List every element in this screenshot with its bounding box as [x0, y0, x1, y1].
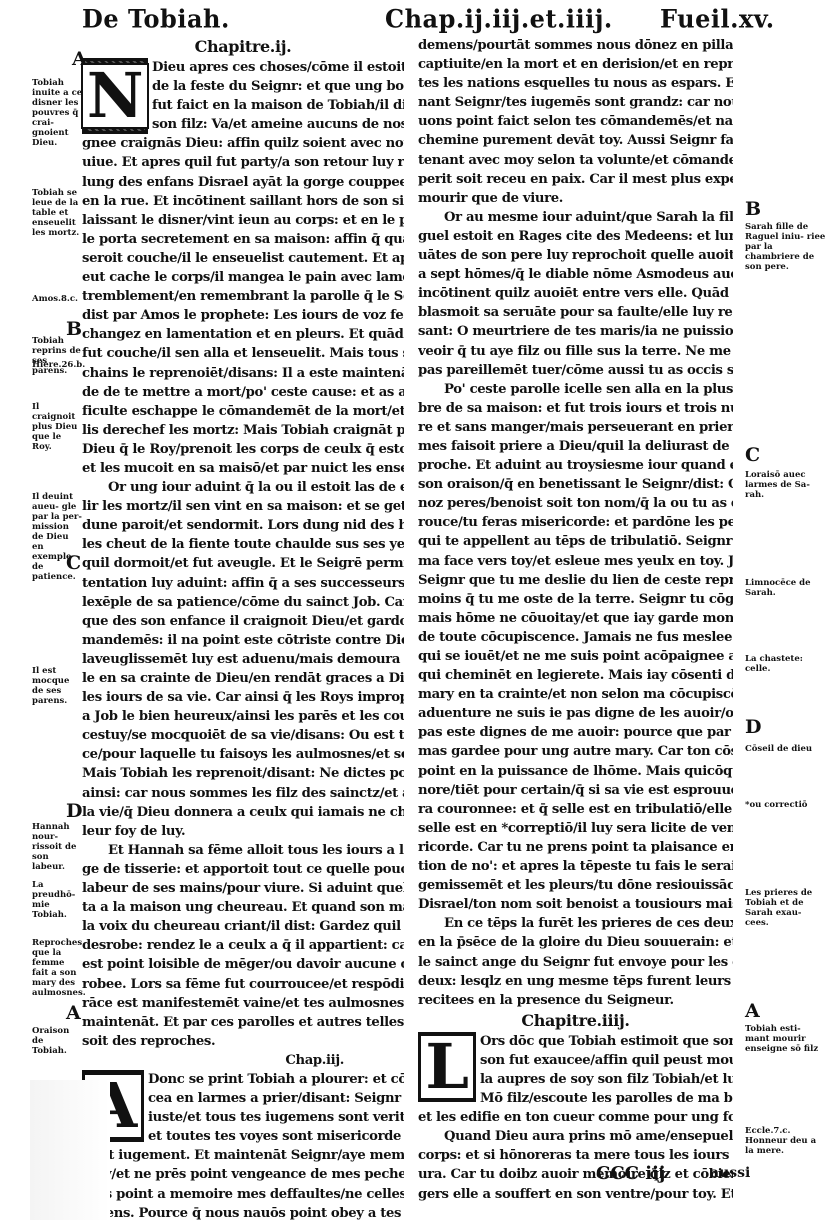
text-line: En ce tēps la furēt les prieres de ces d…: [418, 914, 733, 933]
margin-note: Il est mocque de ses parens.: [32, 666, 82, 706]
text-line: Ors dōc que Tobiah estimoit que son orai…: [480, 1032, 733, 1051]
text-line: captiuite/en la mort et en derision/et e…: [418, 55, 733, 74]
margin-letter-d: D: [745, 716, 761, 738]
text-line: nore/tiēt pour certain/q̄ si sa vie est …: [418, 781, 733, 800]
text-line: blasmoit sa seruāte pour sa faulte/elle …: [418, 303, 733, 322]
text-line: et les edifie en ton cueur comme pour un…: [418, 1108, 733, 1127]
margin-note: La preudhō- mie Tobiah.: [32, 880, 82, 920]
text-line: Et Hannah sa fēme alloit tous les iours …: [82, 841, 404, 860]
text-line: Mō filz/escoute les parolles de ma bouch…: [480, 1089, 733, 1108]
chapter-heading-ii: Chapitre.ij.: [82, 36, 404, 58]
text-line: uātes de son pere luy reprochoit quelle …: [418, 246, 733, 265]
text-line: dune paroit/et sendormit. Lors dung nid …: [82, 516, 404, 535]
text-line: moins q̄ tu me oste de la terre. Seignr …: [418, 590, 733, 609]
margin-note: Limnocēce de Sarah.: [745, 578, 827, 598]
margin-letter-c: C: [66, 552, 81, 574]
text-line: les cheut de la fiente toute chaulde sus…: [82, 535, 404, 554]
decorated-initial-l: L: [418, 1032, 476, 1102]
text-line: les iours de sa vie. Car ainsi q̄ les Ro…: [82, 688, 404, 707]
text-line: Quand Dieu aura prins mō ame/ensepuelis …: [418, 1127, 733, 1146]
margin-note: Il craignoit plus Dieu que le Roy.: [32, 402, 80, 452]
text-line: ainsi: car nous sommes les filz des sain…: [82, 784, 404, 803]
text-line: re et sans manger/mais perseuerant en pr…: [418, 418, 733, 437]
signature-mark: CCC iij: [596, 1163, 665, 1184]
text-line: en la rue. Et incōtinent saillant hors d…: [82, 192, 404, 211]
margin-letter-a: A: [745, 1000, 760, 1022]
text-line: lexēple de sa patience/cōme du sainct Jo…: [82, 593, 404, 612]
text-line: sant: O meurtriere de tes maris/ia ne pu…: [418, 322, 733, 341]
text-line: aduenture ne suis ie pas digne de les au…: [418, 704, 733, 723]
text-line: changez en lamentation et en pleurs. Et …: [82, 325, 404, 344]
text-line: ge de tisserie: et apportoit tout ce que…: [82, 860, 404, 879]
text-line: Po' ceste parolle icelle sen alla en la …: [418, 380, 733, 399]
text-line: gers elle a souffert en son ventre/pour …: [418, 1185, 733, 1204]
text-line: fut faict en la maison de Tobiah/il dist…: [152, 96, 404, 115]
decorated-initial-n: N: [82, 58, 148, 134]
text-line: mandemēs: il na point este cōtriste cont…: [82, 631, 404, 650]
text-line: Disrael/ton nom soit benoist a tousiours…: [418, 895, 733, 914]
margin-note: Oraison de Tobiah.: [32, 1026, 80, 1056]
text-line: son filz: Va/et ameine aucuns de nostre …: [152, 115, 404, 134]
text-line: Dieu q̄ le Roy/prenoit les corps de ceul…: [82, 440, 404, 459]
text-line: labeur de ses mains/pour viure. Si aduin…: [82, 879, 404, 898]
text-line: recitees en la presence du Seigneur.: [418, 991, 733, 1010]
text-line: leur foy de luy.: [82, 822, 404, 841]
text-line: rāce est manifestemēt vaine/et tes aulmo…: [82, 994, 404, 1013]
text-line: le sainct ange du Seignr fut envoye pour…: [418, 953, 733, 972]
margin-letter-b: B: [745, 198, 761, 220]
margin-note: Tobiah se leue de la table et enseuelit …: [32, 188, 84, 238]
margin-note: Eccle.7.c. Honneur deu a la mere.: [745, 1126, 827, 1156]
margin-note: Les prieres de Tobiah et de Sarah exau- …: [745, 888, 827, 928]
text-line: rouce/tu feras misericorde: et pardōne l…: [418, 513, 733, 532]
text-line: tes les nations esquelles tu nous as esp…: [418, 74, 733, 93]
text-line: et toutes tes voyes sont misericorde et …: [148, 1127, 404, 1146]
text-line: la voix du cheureau criant/il dist: Gard…: [82, 917, 404, 936]
chapter-heading-iiii: Chapitre.iiij.: [418, 1010, 733, 1032]
text-line: dist par Amos le prophete: Les iours de …: [82, 306, 404, 325]
margin-note: Cōseil de dieu: [745, 744, 827, 754]
margin-note: Amos.8.c.: [32, 294, 92, 304]
text-line: lir les mortz/il sen vint en sa maison: …: [82, 497, 404, 516]
folio-number: Fueil.xv.: [660, 3, 775, 33]
book-page: De Tobiah. Chap.ij.iij.et.iiij. Fueil.xv…: [0, 0, 833, 1225]
running-head-center: Chap.ij.iij.et.iiij.: [385, 3, 613, 33]
text-line: la vie/q̄ Dieu donnera a ceulx qui iamai…: [82, 803, 404, 822]
text-line: Mais Tobiah les reprenoit/disant: Ne dic…: [82, 764, 404, 783]
text-line: laveuglissemēt luy est aduenu/mais demou…: [82, 650, 404, 669]
text-line: la aupres de soy son filz Tobiah/et luy …: [480, 1070, 733, 1089]
page-edge: [30, 1080, 110, 1220]
text-line: nant Seignr/tes iugemēs sont grandz: car…: [418, 93, 733, 112]
text-line: perit soit receu en paix. Car il mest pl…: [418, 170, 733, 189]
text-line: lis derechef les mortz: Mais Tobiah crai…: [82, 421, 404, 440]
text-line: ra couronnee: et q̄ selle est en tribula…: [418, 800, 733, 819]
text-line: uons point faict selon tes cōmandemēs/et…: [418, 112, 733, 131]
margin-note: Sarah fille de Raguel iniu- riee par la …: [745, 222, 827, 272]
text-line: le porta secretement en sa maison: affin…: [82, 230, 404, 249]
text-line: demens/pourtāt sommes nous dōnez en pill…: [418, 36, 733, 55]
text-line: mary en ta crainte/et non selon ma cōcup…: [418, 685, 733, 704]
text-line: eut cache le corps/il mangea le pain ave…: [82, 268, 404, 287]
text-line: veoir q̄ tu aye filz ou fille sus la ter…: [418, 342, 733, 361]
text-line: fut couche/il sen alla et lenseuelit. Ma…: [82, 344, 404, 363]
text-line: moy/et ne prēs point vengeance de mes pe…: [82, 1165, 404, 1184]
text-line: de la feste du Seignr: et que ung bon di…: [152, 77, 404, 96]
text-line: robee. Lors sa fēme fut courroucee/et re…: [82, 975, 404, 994]
text-line: et les mucoit en sa maisō/et par nuict l…: [82, 459, 404, 478]
text-line: desrobe: rendez le a ceulx a q̄ il appar…: [82, 936, 404, 955]
margin-note: Tobiah reprins de ses parens.: [32, 336, 82, 376]
margin-letter-a: A: [66, 1002, 81, 1024]
text-line: tremblement/en remembrant la parolle q̄ …: [82, 287, 404, 306]
text-line: corps: et si hōnoreras ta mere tous les …: [418, 1146, 733, 1165]
margin-note: Loraisō auec larmes de Sa- rah.: [745, 470, 827, 500]
text-line: ficulte eschappe le cōmandemēt de la mor…: [82, 402, 404, 421]
text-line: bre de sa maison: et fut trois iours et …: [418, 399, 733, 418]
text-line: Or ung iour aduint q̄ la ou il estoit la…: [82, 478, 404, 497]
text-line: ma face vers toy/et esleue mes yeulx en …: [418, 552, 733, 571]
catchword: aussi: [710, 1165, 750, 1181]
text-line: mourir que de viure.: [418, 189, 733, 208]
text-line: cestuy/se mocquoiēt de sa vie/disans: Ou…: [82, 726, 404, 745]
text-line: selle est en *correptiō/il luy sera lici…: [418, 819, 733, 838]
text-line: a sept hōmes/q̄ le diable nōme Asmodeus …: [418, 265, 733, 284]
text-line: Dieu apres ces choses/cōme il estoit le …: [152, 58, 404, 77]
text-line: de toute cōcupiscence. Jamais ne fus mes…: [418, 628, 733, 647]
left-column-text: Dieu apres ces choses/cōme il estoit le …: [82, 58, 404, 1223]
text-line: ce/pour laquelle tu faisoys les aulmosne…: [82, 745, 404, 764]
margin-letter-d: D: [66, 800, 82, 822]
text-line: gnee craignās Dieu: affin quilz soient a…: [82, 134, 404, 153]
text-line: ricorde. Car tu ne prens point ta plaisa…: [418, 838, 733, 857]
text-line: son fut exaucee/affin quil peust mourir/…: [480, 1051, 733, 1070]
text-line: qui te appellent au tēps de tribulatiō. …: [418, 532, 733, 551]
margin-note: La chastete: celle.: [745, 654, 827, 674]
margin-note: Hannah nour- rissoit de son labeur.: [32, 822, 82, 872]
text-line: tion de no': et apres la tēpeste tu fais…: [418, 857, 733, 876]
text-line: cea en larmes a prier/disant: Seignr tu …: [148, 1089, 404, 1108]
margin-note: Tobiah inuite a ce disner les pouvres q̄…: [32, 78, 84, 148]
chapter-heading-iii: Chap.iij.: [82, 1051, 404, 1070]
text-line: le en sa crainte de Dieu/en rendāt grace…: [82, 669, 404, 688]
text-line: noz peres/benoist soit ton nom/q̄ la ou …: [418, 494, 733, 513]
text-line: a Job le bien heureux/ainsi les parēs et…: [82, 707, 404, 726]
text-line: pas este dignes de me auoir: pource que …: [418, 723, 733, 742]
text-line: qui se iouēt/et ne me suis point acōpaig…: [418, 647, 733, 666]
margin-note: Tobiah esti- mant mourir enseigne sō fil…: [745, 1024, 827, 1054]
margin-letter-c: C: [745, 444, 760, 466]
text-line: tentation luy aduint: affin q̄ a ses suc…: [82, 574, 404, 593]
text-line: est point loisible de mēger/ou davoir au…: [82, 955, 404, 974]
text-line: qui cheminēt en legierete. Mais iay cōse…: [418, 666, 733, 685]
text-line: chains le reprenoiēt/disans: Il a este m…: [82, 364, 404, 383]
margin-letter-a: A: [72, 48, 87, 70]
margin-note: Reproches que la femme fait a son mary d…: [32, 938, 82, 998]
margin-note: Hiere.26.b.: [32, 360, 92, 370]
text-line: iuste/et tous tes iugemens sont veritabl…: [148, 1108, 404, 1127]
text-line: parens. Pource q̄ nous nauōs point obey …: [82, 1204, 404, 1223]
text-line: mes faisoit priere a Dieu/quil la deliur…: [418, 437, 733, 456]
text-line: en la p̄sēce de la gloire du Dieu souuer…: [418, 933, 733, 952]
right-column: demens/pourtāt sommes nous dōnez en pill…: [418, 36, 733, 1204]
text-line: lung des enfans Disrael ayāt la gorge co…: [82, 173, 404, 192]
running-head-left: De Tobiah.: [82, 3, 230, 33]
text-line: Or au mesme iour aduint/que Sarah la fil…: [418, 208, 733, 227]
left-column: Chapitre.ij. N Dieu apres ces choses/cōm…: [82, 36, 404, 1223]
text-line: laissant le disner/vint ieun au corps: e…: [82, 211, 404, 230]
text-line: Donc se print Tobiah a plourer: et cōmen…: [148, 1070, 404, 1089]
text-line: duis point a memoire mes deffaultes/ne c…: [82, 1185, 404, 1204]
text-line: son oraison/q̄ en benetissant le Seignr/…: [418, 475, 733, 494]
text-line: gemissemēt et les pleurs/tu dōne resioui…: [418, 876, 733, 895]
margin-note: *ou correctiō: [745, 800, 827, 810]
text-line: maintenāt. Et par ces parolles et autres…: [82, 1013, 404, 1032]
text-line: uiue. Et apres quil fut party/a son reto…: [82, 153, 404, 172]
text-line: guel estoit en Rages cite des Medeens: e…: [418, 227, 733, 246]
text-line: quil dormoit/et fut aveugle. Et le Seigr…: [82, 554, 404, 573]
text-line: tenant avec moy selon ta volunte/et cōma…: [418, 151, 733, 170]
right-column-text: demens/pourtāt sommes nous dōnez en pill…: [418, 36, 733, 1204]
text-line: ta a la maison ung cheureau. Et quand so…: [82, 898, 404, 917]
text-line: te/et iugement. Et maintenāt Seignr/aye …: [82, 1146, 404, 1165]
text-line: soit des reproches.: [82, 1032, 404, 1051]
text-line: Seignr que tu me deslie du lien de ceste…: [418, 571, 733, 590]
text-line: de de te mettre a mort/po' ceste cause: …: [82, 383, 404, 402]
text-line: chemine purement devāt toy. Aussi Seignr…: [418, 131, 733, 150]
text-line: mais hōme ne cōuoitay/et que iay garde m…: [418, 609, 733, 628]
text-line: seroit couche/il le enseuelist cautement…: [82, 249, 404, 268]
text-line: mas gardee pour ung autre mary. Car ton …: [418, 742, 733, 761]
text-line: pas pareillemēt tuer/cōme aussi tu as oc…: [418, 361, 733, 380]
text-line: point en la puissance de lhōme. Mais qui…: [418, 762, 733, 781]
text-line: ura. Car tu doibz auoir memoire q̄lz et …: [418, 1165, 733, 1184]
text-line: incōtinent quilz auoiēt entre vers elle.…: [418, 284, 733, 303]
text-line: proche. Et aduint au troysiesme iour qua…: [418, 456, 733, 475]
text-line: que des son enfance il craignoit Dieu/et…: [82, 612, 404, 631]
text-line: deux: lesqlz en ung mesme tēps furent le…: [418, 972, 733, 991]
